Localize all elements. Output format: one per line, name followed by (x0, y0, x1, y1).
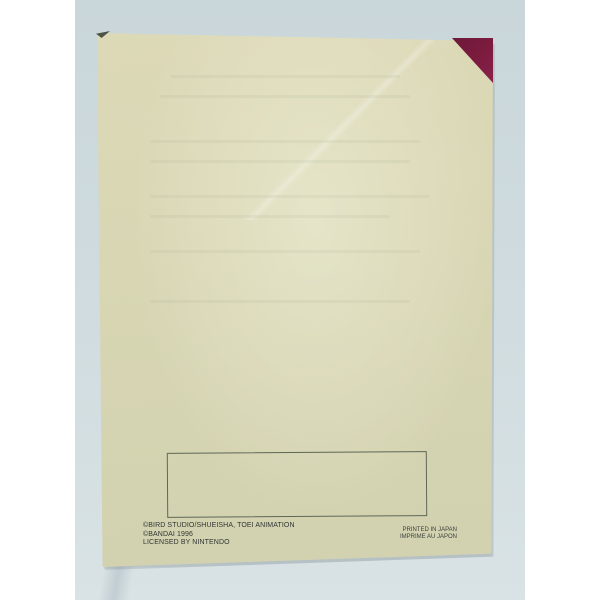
stamp-box (167, 451, 427, 518)
printed-line: IMPRIME AU JAPON (392, 534, 457, 541)
show-through-line (150, 250, 420, 253)
credit-line: ©BANDAI 1996 (143, 531, 295, 540)
printed-in-notice: PRINTED IN JAPAN IMPRIME AU JAPON (392, 527, 457, 541)
show-through-line (150, 195, 430, 198)
show-through-line (150, 160, 410, 163)
credit-line: ©BIRD STUDIO/SHUEISHA, TOEI ANIMATION (143, 522, 295, 531)
show-through-line (150, 215, 390, 218)
show-through-line (150, 140, 420, 143)
credit-line: LICENSED BY NINTENDO (143, 539, 295, 548)
show-through-line (150, 300, 410, 303)
printed-line: PRINTED IN JAPAN (392, 527, 457, 534)
copyright-credits: ©BIRD STUDIO/SHUEISHA, TOEI ANIMATION ©B… (143, 522, 295, 548)
show-through-line (160, 95, 410, 98)
show-through-line (170, 75, 400, 78)
